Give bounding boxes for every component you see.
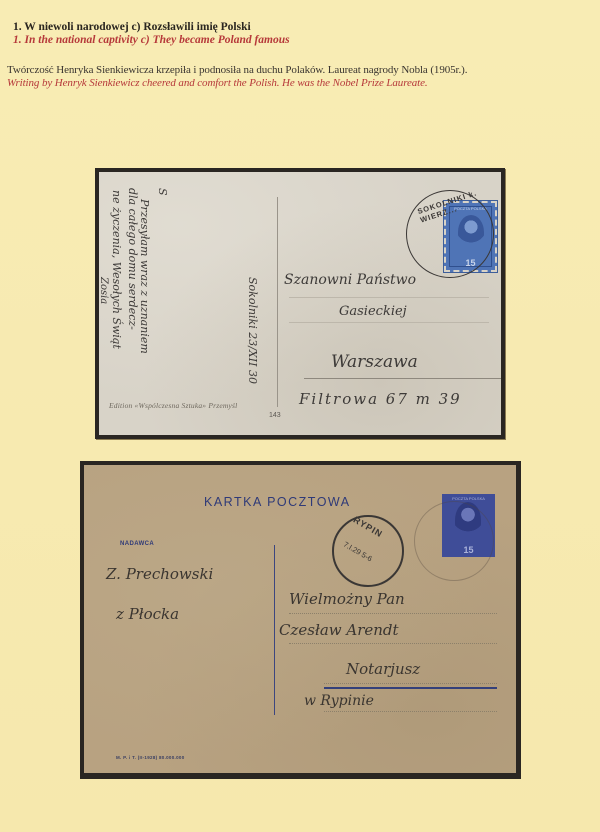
handwritten-message-line: dla całego domu serdecz- bbox=[126, 188, 139, 330]
faint-postmark-circle bbox=[414, 501, 494, 581]
sender-label: NADAWCA bbox=[120, 541, 154, 547]
publisher-imprint: Edition «Wspólczesna Sztuka» Przemyśl bbox=[109, 401, 237, 410]
sender-name: Z. Prechowski bbox=[106, 565, 213, 583]
address-line-1: Wielmożny Pan bbox=[289, 590, 405, 608]
handwritten-message-line: ne życzenia, Wesołych Świąt bbox=[110, 190, 123, 349]
handwritten-signature: Zosia bbox=[98, 277, 109, 304]
postcard-sienkiewicz-1930: S Przesyłam wraz z uznaniem dla całego d… bbox=[95, 168, 505, 439]
sender-city: z Płocka bbox=[116, 605, 179, 623]
handwritten-message-line: S bbox=[156, 188, 169, 196]
album-page: 1. W niewoli narodowej c) Rozsławili imi… bbox=[0, 0, 600, 832]
address-line-1: Szanowni Państwo bbox=[284, 272, 416, 288]
address-line-3: Notarjusz bbox=[346, 660, 420, 678]
postcard-heading: KARTKA POCZTOWA bbox=[204, 495, 351, 509]
address-line-2: Gasieckiej bbox=[339, 304, 407, 319]
section-title-english: 1. In the national captivity c) They bec… bbox=[13, 34, 290, 46]
postcard-divider bbox=[277, 197, 278, 407]
address-line-2: Czesław Arendt bbox=[279, 621, 399, 639]
section-title-polish: 1. W niewoli narodowej c) Rozsławili imi… bbox=[13, 21, 251, 33]
handwritten-message-line: Przesyłam wraz z uznaniem bbox=[138, 199, 151, 354]
handwritten-date: Sokolniki 23/XII 30 bbox=[246, 277, 259, 384]
postcard-divider bbox=[274, 545, 275, 715]
description-english: Writing by Henryk Sienkiewicz cheered an… bbox=[7, 77, 428, 89]
print-code: M. P. i T. (II-1928) 80.000.000 bbox=[116, 755, 185, 760]
address-line-4: w Rypinie bbox=[304, 693, 374, 709]
address-line-4: Filtrowa 67 m 39 bbox=[299, 390, 462, 408]
description-polish: Twórczość Henryka Sienkiewicza krzepiła … bbox=[7, 64, 467, 76]
address-line-3: Warszawa bbox=[331, 352, 418, 372]
card-number: 143 bbox=[269, 412, 281, 419]
postcard-kartka-pocztowa-1929: KARTKA POCZTOWA NADAWCA Z. Prechowski z … bbox=[80, 461, 521, 779]
